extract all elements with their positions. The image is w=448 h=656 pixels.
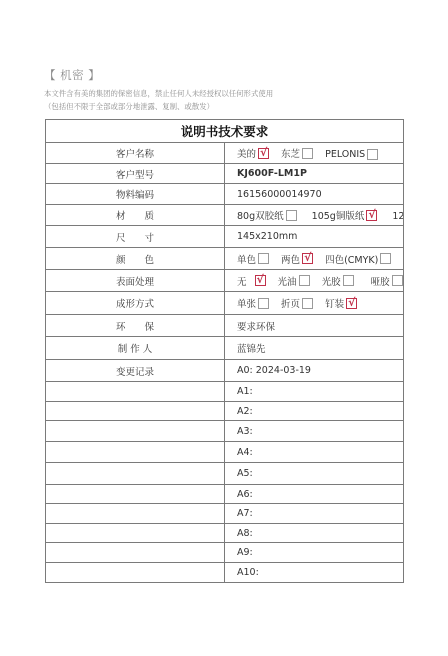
checkbox-cmyk[interactable]: [380, 253, 391, 264]
option-label-105g: 105g铜版纸: [312, 208, 365, 222]
row-maker: 制 作 人 蓝锦先: [46, 337, 404, 360]
row-change-a6: A6:: [46, 485, 404, 504]
row-change-a9: A9:: [46, 543, 404, 563]
checkbox-none[interactable]: [255, 275, 266, 286]
value-customer-model: KJ600F-LM1P: [225, 164, 404, 184]
row-change-log: 变更记录 A0: 2024-03-19: [46, 360, 404, 382]
option-label-none: 无: [237, 274, 247, 288]
change-entry-a3: A3:: [225, 421, 404, 442]
spec-table: 说明书技术要求 客户名称 美的 东芝 PELONIS 客户型号 KJ600F-L…: [45, 119, 404, 583]
option-label-80g: 80g双胶纸: [237, 208, 284, 222]
checkbox-matte-laminate[interactable]: [392, 275, 403, 286]
change-entry-a4: A4:: [225, 442, 404, 463]
checkbox-105g[interactable]: [366, 210, 377, 221]
checkbox-two-color[interactable]: [302, 253, 313, 264]
checkbox-gloss-laminate[interactable]: [343, 275, 354, 286]
row-change-a8: A8:: [46, 524, 404, 543]
row-surface: 表面处理 无 光油 光胶 哑胶: [46, 270, 404, 292]
value-size: 145x210mm: [225, 226, 404, 248]
label-surface: 表面处理: [46, 270, 225, 292]
confidential-heading: 【 机密 】: [44, 67, 100, 83]
row-change-a10: A10:: [46, 563, 404, 583]
checkbox-toshiba[interactable]: [302, 148, 313, 159]
row-customer-model: 客户型号 KJ600F-LM1P: [46, 164, 404, 184]
change-entry-a10: A10:: [225, 563, 404, 583]
option-label-two-color: 两色: [281, 252, 300, 266]
option-label-128g: 128g铜版纸: [392, 208, 403, 222]
checkbox-midea[interactable]: [258, 148, 269, 159]
option-label-gloss-laminate: 光胶: [322, 274, 341, 288]
label-customer-name: 客户名称: [46, 143, 225, 164]
confidential-notice-line1: 本文件含有美的集团的保密信息，禁止任何人未经授权以任何形式使用: [44, 88, 273, 99]
value-material-code: 16156000014970: [225, 184, 404, 205]
label-color: 颜 色: [46, 248, 225, 270]
option-label-single-sheet: 单张: [237, 296, 256, 310]
label-material-code: 物料编码: [46, 184, 225, 205]
label-material: 材 质: [46, 205, 225, 226]
change-entry-a2: A2:: [225, 402, 404, 421]
row-size: 尺 寸 145x210mm: [46, 226, 404, 248]
row-change-a5: A5:: [46, 463, 404, 485]
change-entry-a0: A0: 2024-03-19: [225, 360, 404, 382]
row-change-a2: A2:: [46, 402, 404, 421]
label-maker: 制 作 人: [46, 337, 225, 360]
change-entry-a8: A8:: [225, 524, 404, 543]
label-customer-model: 客户型号: [46, 164, 225, 184]
change-entry-a7: A7:: [225, 504, 404, 524]
option-label-matte-laminate: 哑胶: [371, 274, 390, 288]
checkbox-pelonis[interactable]: [367, 149, 378, 160]
label-eco: 环 保: [46, 315, 225, 337]
option-label-stapled: 钉装: [325, 296, 344, 310]
change-entry-a6: A6:: [225, 485, 404, 504]
option-label-gloss-oil: 光油: [278, 274, 297, 288]
change-entry-a5: A5:: [225, 463, 404, 485]
row-forming: 成形方式 单张 折页 钉装: [46, 292, 404, 315]
table-title: 说明书技术要求: [46, 120, 404, 143]
value-eco: 要求环保: [225, 315, 404, 337]
option-label-folded: 折页: [281, 296, 300, 310]
option-label-midea: 美的: [237, 146, 256, 160]
row-material-code: 物料编码 16156000014970: [46, 184, 404, 205]
checkbox-gloss-oil[interactable]: [299, 275, 310, 286]
row-color: 颜 色 单色 两色 四色(CMYK): [46, 248, 404, 270]
checkbox-single-sheet[interactable]: [258, 298, 269, 309]
label-forming: 成形方式: [46, 292, 225, 315]
row-material: 材 质 80g双胶纸 105g铜版纸 128g铜版纸: [46, 205, 404, 226]
row-change-a4: A4:: [46, 442, 404, 463]
change-entry-a9: A9:: [225, 543, 404, 563]
checkbox-80g[interactable]: [286, 210, 297, 221]
change-entry-a1: A1:: [225, 382, 404, 402]
option-label-cmyk: 四色(CMYK): [325, 252, 378, 266]
checkbox-folded[interactable]: [302, 298, 313, 309]
label-change-log: 变更记录: [46, 360, 225, 382]
row-change-a1: A1:: [46, 382, 404, 402]
option-label-toshiba: 东芝: [281, 146, 300, 160]
row-customer-name: 客户名称 美的 东芝 PELONIS: [46, 143, 404, 164]
confidential-notice-line2: （包括但不限于全部或部分地泄露、复制、或散发）: [44, 101, 214, 112]
option-label-pelonis: PELONIS: [325, 149, 365, 160]
row-eco: 环 保 要求环保: [46, 315, 404, 337]
checkbox-stapled[interactable]: [346, 298, 357, 309]
label-size: 尺 寸: [46, 226, 225, 248]
value-maker: 蓝锦先: [225, 337, 404, 360]
checkbox-single-color[interactable]: [258, 253, 269, 264]
row-change-a7: A7:: [46, 504, 404, 524]
option-label-single-color: 单色: [237, 252, 256, 266]
row-change-a3: A3:: [46, 421, 404, 442]
